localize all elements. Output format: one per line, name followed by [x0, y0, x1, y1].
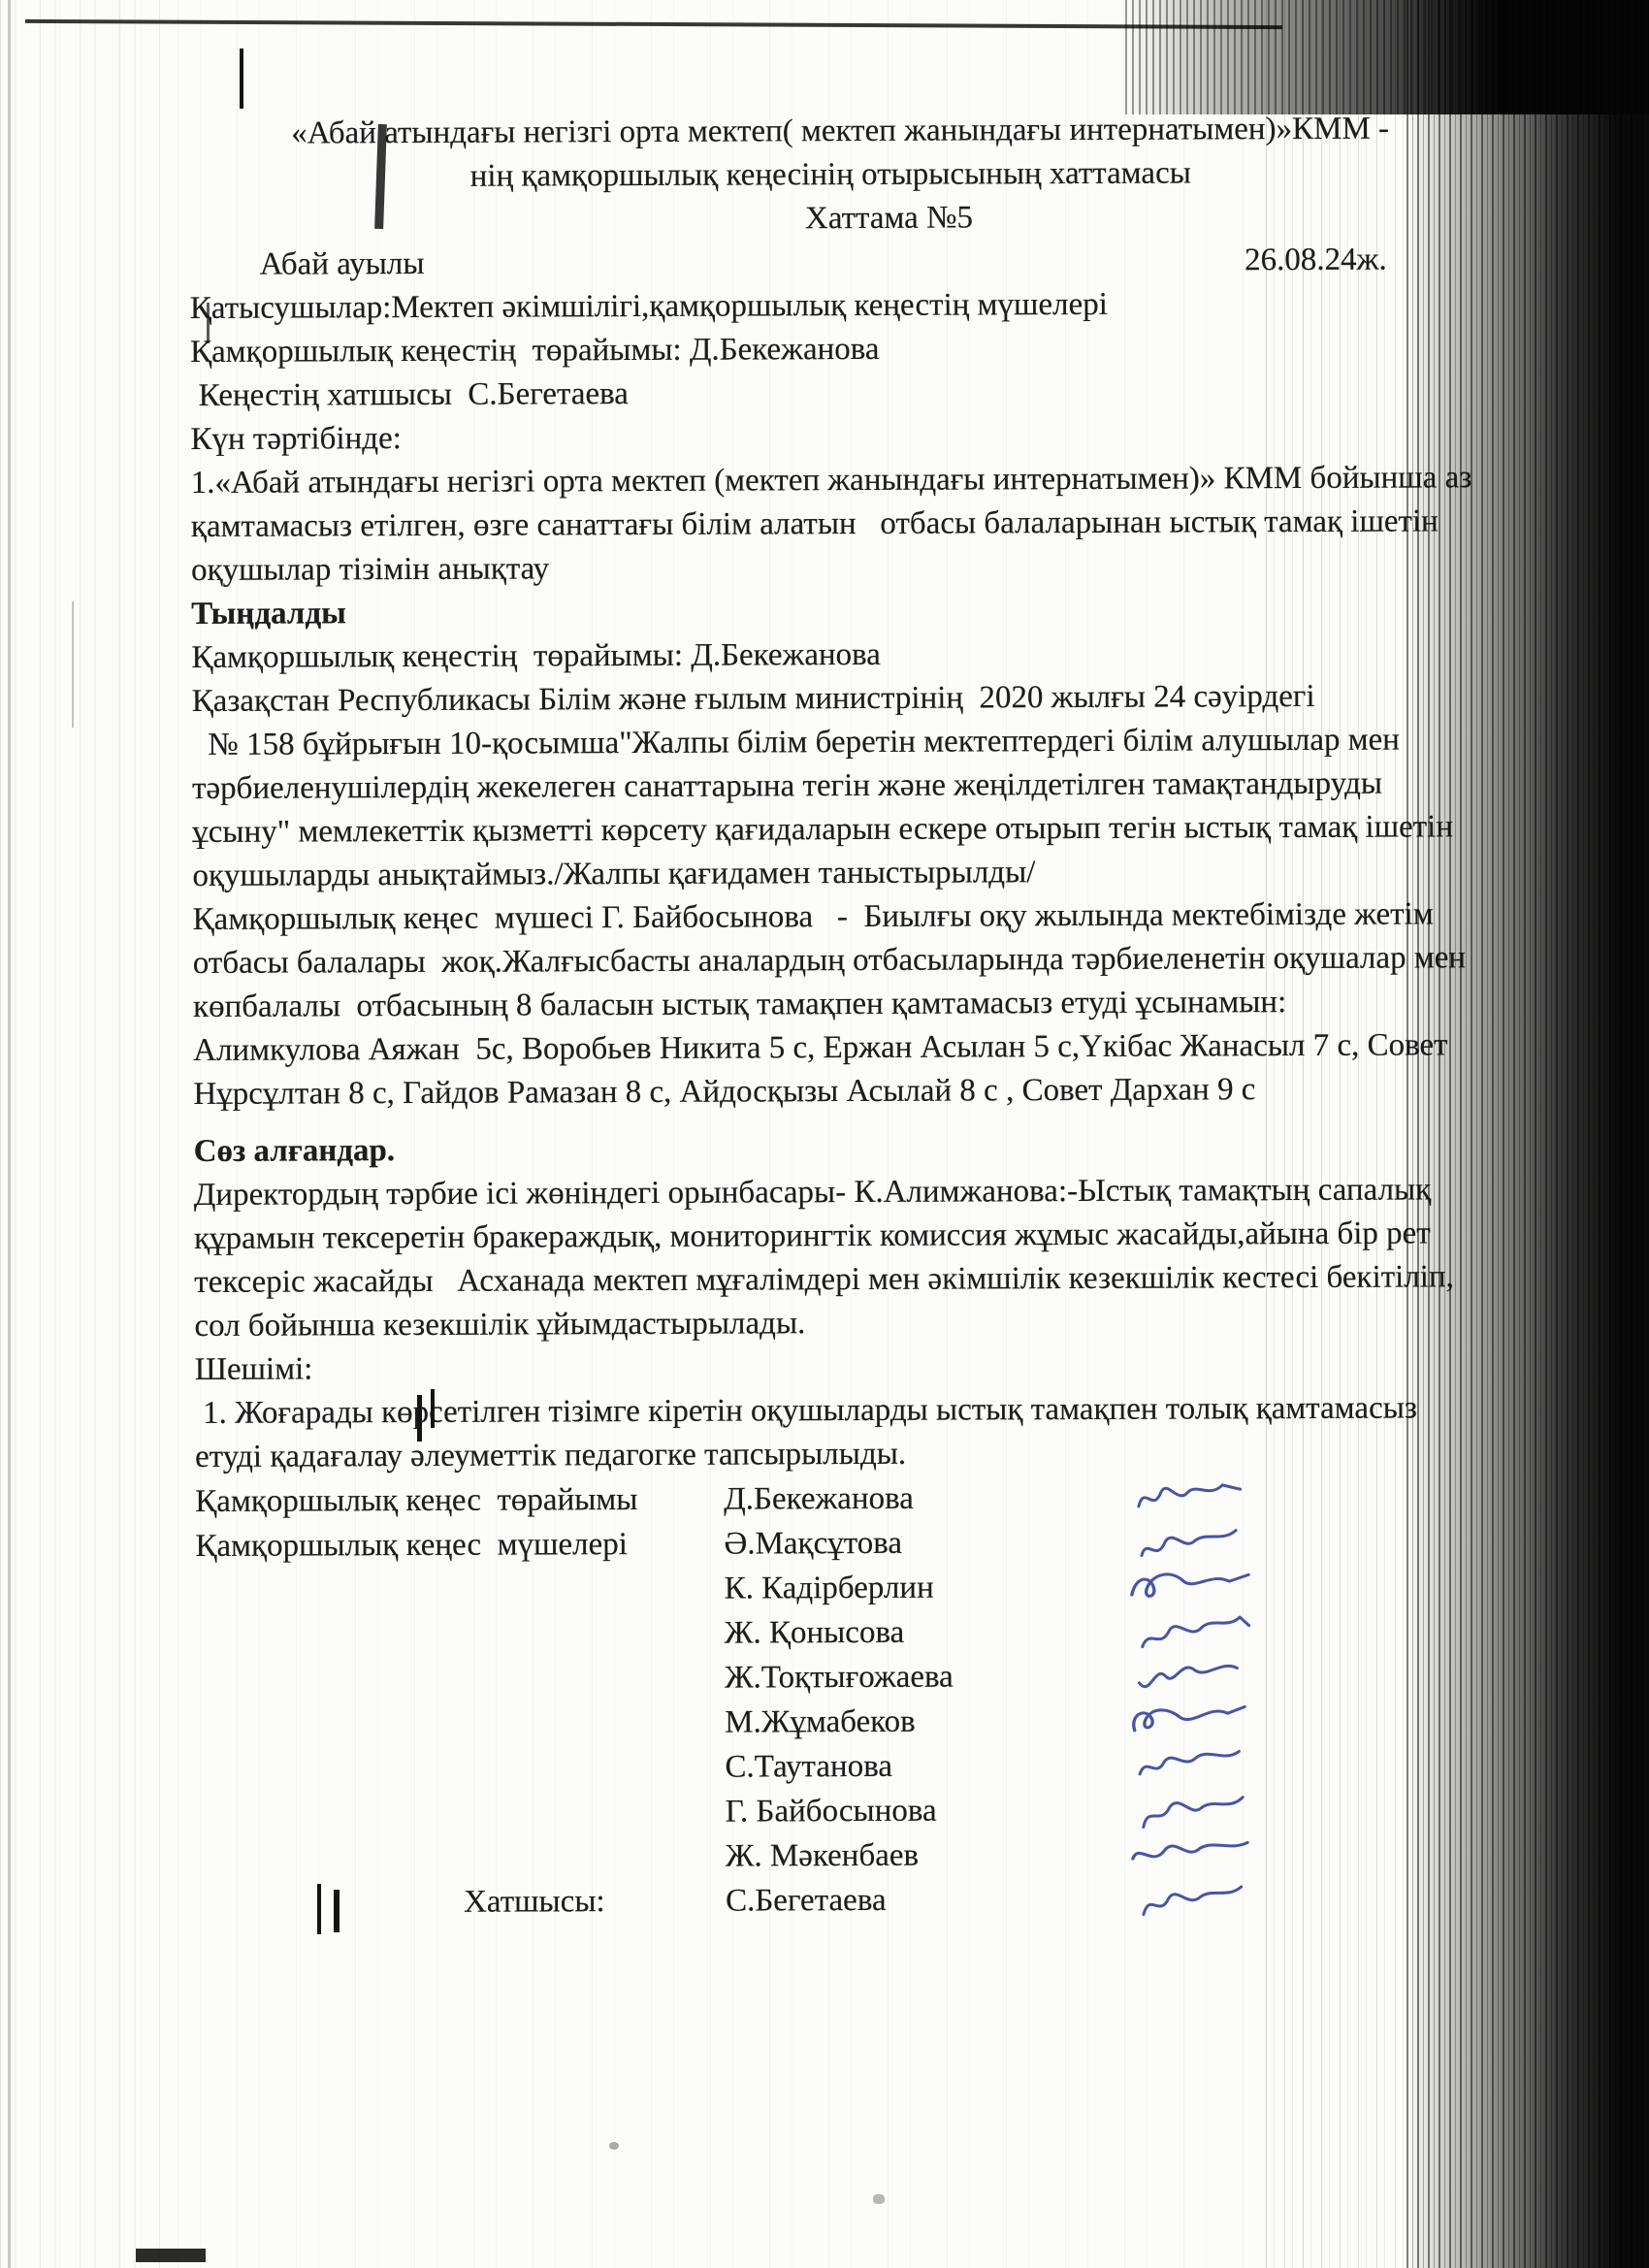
decision-item: 1. Жоғарады көрсетілген тізімге кіретін …	[195, 1386, 1477, 1479]
signature-block: Қамқоршылық кеңес төрайымы Д.Бекежанова …	[195, 1474, 1479, 1926]
document-date: 26.08.24ж.	[1245, 238, 1472, 282]
agenda-heading: Күн тәртібінде:	[190, 412, 1472, 462]
secretary-line: Кеңестің хатшысы С.Бегетаева	[190, 369, 1472, 418]
signature-role-label	[196, 1723, 725, 1725]
scanned-protocol-page: «Абай атындағы негізгі орта мектеп( мект…	[0, 0, 1649, 2268]
signer-name: Ә.Мақсұтова	[724, 1520, 1116, 1566]
signature-row: Қамқоршылық кеңес төрайымы Д.Бекежанова	[195, 1474, 1477, 1524]
signature-row-secretary: Хатшысы: С.Бегетаева	[197, 1875, 1479, 1926]
law-body-paragraph: № 158 бұйрығын 10-қосымша"Жалпы білім бе…	[192, 718, 1475, 898]
signature-role-label	[196, 1589, 725, 1591]
agenda-item: 1.«Абай атындағы негізгі орта мектеп (ме…	[191, 456, 1474, 593]
signer-name: С.Бегетаева	[726, 1877, 1118, 1923]
signature-ink	[1122, 1869, 1273, 1935]
place-name: Абай ауылы	[190, 243, 425, 287]
signer-name: К. Кадірберлин	[725, 1565, 1117, 1610]
signature-role-label	[196, 1678, 725, 1680]
protocol-number: Хаттама №5	[189, 194, 1471, 243]
speeches-paragraph: Директордың тәрбие ісі жөніндегі орынбас…	[194, 1168, 1477, 1348]
participants-line: Қатысушылар:Мектеп әкімшілігі,қамқоршылы…	[190, 281, 1472, 331]
signature-role-label: Қамқоршылық кеңес төрайымы	[195, 1477, 724, 1523]
signer-name: Ж. Қонысова	[725, 1609, 1117, 1655]
heard-chair-line: Қамқоршылық кеңестің төрайымы: Д.Бекежан…	[191, 631, 1473, 680]
scan-artifact	[609, 2142, 619, 2150]
signature-row: К. Кадірберлин	[196, 1563, 1478, 1613]
signature-row: Ж.Тоқтығожаева	[196, 1652, 1478, 1702]
signature-role-label	[197, 1857, 726, 1859]
scan-streaks-left-band	[0, 0, 160, 2268]
scan-artifact	[240, 49, 243, 109]
speeches-heading: Сөз алғандар.	[194, 1124, 1476, 1174]
signer-name: Г. Байбосынова	[726, 1788, 1118, 1833]
scan-artifact	[873, 2194, 885, 2204]
document-body: «Абай атындағы негізгі орта мектеп( мект…	[189, 107, 1479, 1926]
heard-heading: Тыңдалды	[191, 587, 1473, 636]
signature-row: Ж. Мәкенбаев	[197, 1831, 1479, 1881]
signer-name: Ж. Мәкенбаев	[726, 1832, 1118, 1878]
document-title-line1: «Абай атындағы негізгі орта мектеп( мект…	[189, 107, 1471, 156]
signature-role-label	[196, 1767, 725, 1769]
signature-row: Г. Байбосынова	[197, 1786, 1479, 1836]
signature-row: С.Таутанова	[196, 1741, 1478, 1792]
scan-artifact	[136, 2249, 206, 2262]
decision-heading: Шешімі:	[195, 1343, 1477, 1392]
scan-artifact	[8, 0, 11, 2268]
place-date-row: Абай ауылы 26.08.24ж.	[190, 238, 1472, 287]
signature-row: Қамқоршылық кеңес мүшелері Ә.Мақсұтова	[195, 1518, 1477, 1569]
scan-top-edge-line	[25, 19, 1282, 29]
signature-row: Ж. Қонысова	[196, 1607, 1478, 1658]
chair-line: Қамқоршылық кеңестің төрайымы: Д.Бекежан…	[190, 325, 1472, 374]
member-speech-paragraph: Қамқоршылық кеңес мүшесі Г. Байбосынова …	[193, 892, 1476, 1029]
signature-role-label	[197, 1812, 726, 1814]
signature-role-label: Хатшысы:	[197, 1879, 726, 1925]
signer-name: М.Жұмабеков	[725, 1699, 1117, 1744]
scan-artifact	[72, 601, 74, 728]
signer-name: С.Таутанова	[725, 1743, 1117, 1789]
signer-name: Ж.Тоқтығожаева	[725, 1654, 1117, 1700]
signer-name: Д.Бекежанова	[724, 1475, 1116, 1521]
law-intro-line: Қазақстан Республикасы Білім және ғылым …	[192, 674, 1474, 724]
signature-row: М.Жұмабеков	[196, 1697, 1478, 1747]
students-list: Алимкулова Аяжан 5с, Воробьев Никита 5 с…	[193, 1023, 1475, 1117]
signature-role-label	[196, 1634, 725, 1636]
signature-role-label: Қамқоршылық кеңес мүшелері	[195, 1522, 724, 1568]
scan-dark-top-right-corner	[1125, 0, 1649, 114]
document-title-line2: нің қамқоршылық кеңесінің отырысының хат…	[189, 150, 1471, 200]
